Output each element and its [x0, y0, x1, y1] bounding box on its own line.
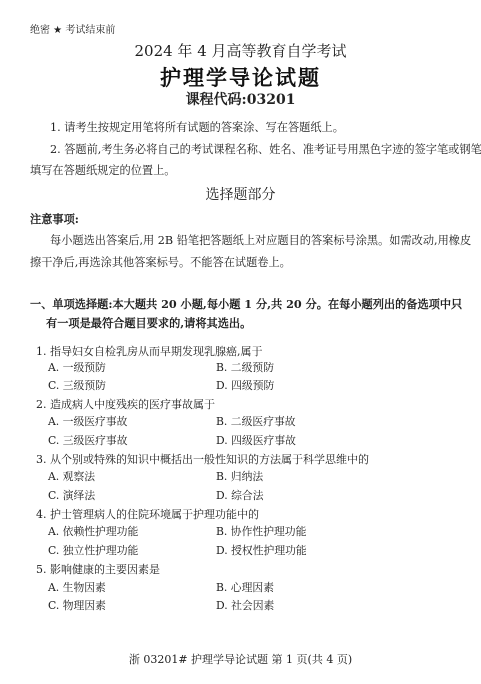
option-b: B. 心理因素: [216, 580, 274, 595]
section-heading: 选择题部分: [0, 184, 481, 204]
part1-header-line1: 一、单项选择题:本大题共 20 小题,每小题 1 分,共 20 分。在每小题列出…: [30, 296, 462, 312]
option-a: A. 观察法: [48, 469, 95, 484]
option-d: D. 综合法: [216, 488, 264, 503]
option-b: B. 归纳法: [216, 469, 263, 484]
option-b: B. 二级医疗事故: [216, 414, 296, 429]
instruction-item-2-line1: 2. 答题前,考生务必将自己的考试课程名称、姓名、准考证号用黑色字迹的签字笔或钢…: [50, 141, 481, 157]
page-footer: 浙 03201# 护理学导论试题 第 1 页(共 4 页): [0, 651, 481, 667]
question-stem: 5. 影响健康的主要因素是: [36, 561, 160, 577]
question-stem: 1. 指导妇女自检乳房从而早期发现乳腺癌,属于: [36, 343, 263, 359]
option-c: C. 演绎法: [48, 488, 95, 503]
option-a: A. 生物因素: [48, 580, 106, 595]
question-stem: 4. 护士管理病人的住院环境属于护理功能中的: [36, 506, 259, 522]
notice-line-2: 擦干净后,再选涂其他答案标号。不能答在试题卷上。: [30, 254, 291, 270]
question-stem: 2. 造成病人中度残疾的医疗事故属于: [36, 396, 215, 412]
option-a: A. 一级医疗事故: [48, 414, 127, 429]
confidential-label: 绝密 ★ 考试结束前: [30, 21, 115, 36]
notice-line-1: 每小题选出答案后,用 2B 铅笔把答题纸上对应题目的答案标号涂黑。如需改动,用橡…: [50, 232, 471, 248]
option-c: C. 独立性护理功能: [48, 543, 138, 558]
instruction-item-2-line2: 填写在答题纸规定的位置上。: [30, 162, 175, 178]
notice-label: 注意事项:: [30, 211, 79, 227]
part1-header-line2: 有一项是最符合题目要求的,请将其选出。: [46, 315, 251, 331]
option-c: C. 三级医疗事故: [48, 433, 128, 448]
option-c: C. 物理因素: [48, 598, 106, 613]
option-d: D. 社会因素: [216, 598, 274, 613]
instruction-item-1: 1. 请考生按规定用笔将所有试题的答案涂、写在答题纸上。: [50, 119, 344, 135]
option-c: C. 三级预防: [48, 378, 106, 393]
question-stem: 3. 从个别或特殊的知识中概括出一般性知识的方法属于科学思维中的: [36, 451, 369, 467]
option-b: B. 二级预防: [216, 360, 274, 375]
exam-session-line: 2024 年 4 月高等教育自学考试: [0, 40, 481, 61]
option-b: B. 协作性护理功能: [216, 524, 306, 539]
option-d: D. 四级预防: [216, 378, 274, 393]
option-d: D. 四级医疗事故: [216, 433, 296, 448]
course-code: 课程代码:03201: [0, 89, 481, 109]
option-a: A. 一级预防: [48, 360, 106, 375]
option-a: A. 依赖性护理功能: [48, 524, 138, 539]
exam-title: 护理学导论试题: [0, 62, 481, 92]
option-d: D. 授权性护理功能: [216, 543, 307, 558]
